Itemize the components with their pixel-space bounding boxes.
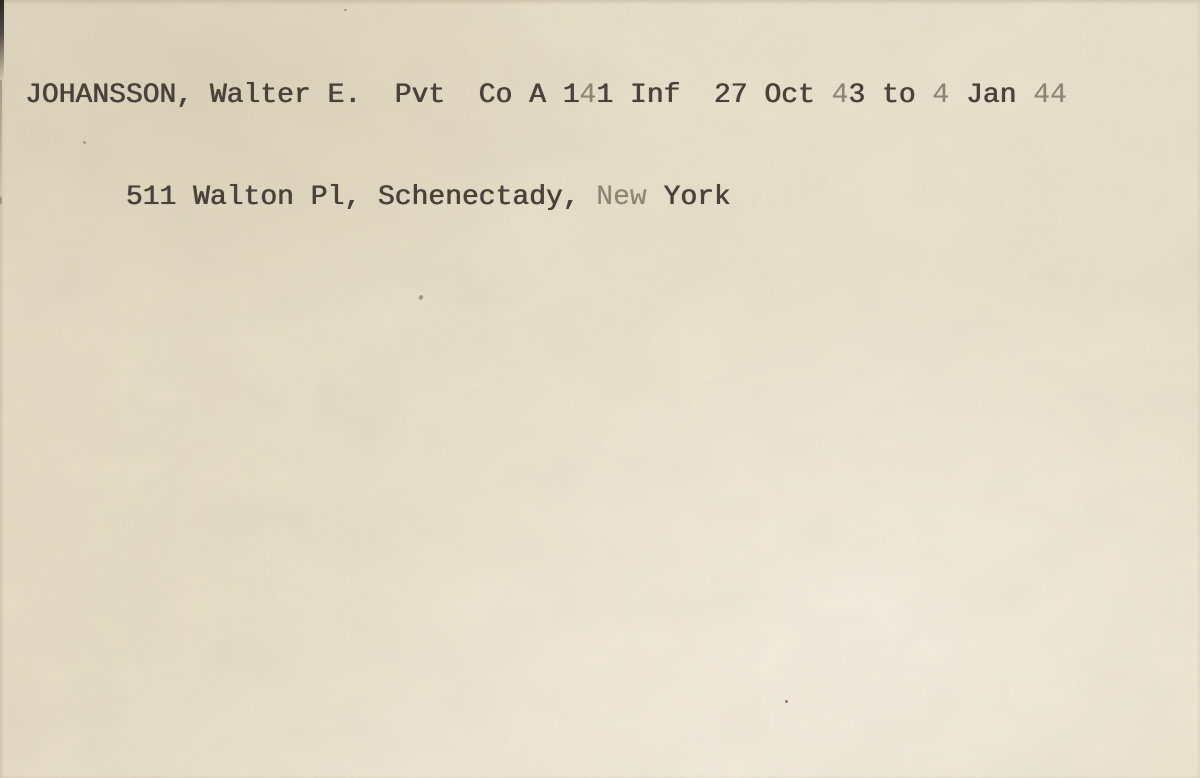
typed-segment: New <box>596 182 646 213</box>
typed-segment: 4 <box>932 80 949 111</box>
paper-speck <box>83 141 86 144</box>
typed-text: JOHANSSON, Walter E. Pvt Co A 141 Inf 27… <box>25 11 1067 283</box>
paper-speck <box>785 700 788 703</box>
typed-segment: York <box>647 182 731 213</box>
scan-edge-artifact <box>0 0 4 80</box>
typed-segment: 3 to <box>848 80 932 111</box>
typed-segment: 4 <box>580 80 597 111</box>
typed-line-1: JOHANSSON, Walter E. Pvt Co A 141 Inf 27… <box>25 79 1067 113</box>
typed-segment: 511 Walton Pl, Schenectady, <box>25 182 596 213</box>
paper-speck <box>344 9 347 11</box>
typed-segment: 4 <box>832 80 849 111</box>
index-card: JOHANSSON, Walter E. Pvt Co A 141 Inf 27… <box>0 0 1200 778</box>
typed-line-2: 511 Walton Pl, Schenectady, New York <box>25 181 1067 215</box>
paper-speck <box>418 294 424 300</box>
paper-speck <box>0 196 2 205</box>
typed-segment: Jan <box>949 80 1033 111</box>
typed-segment: JOHANSSON, Walter E. Pvt Co A 1 <box>25 80 580 111</box>
typed-segment: 1 Inf 27 Oct <box>596 80 831 111</box>
typed-segment: 44 <box>1033 80 1067 111</box>
